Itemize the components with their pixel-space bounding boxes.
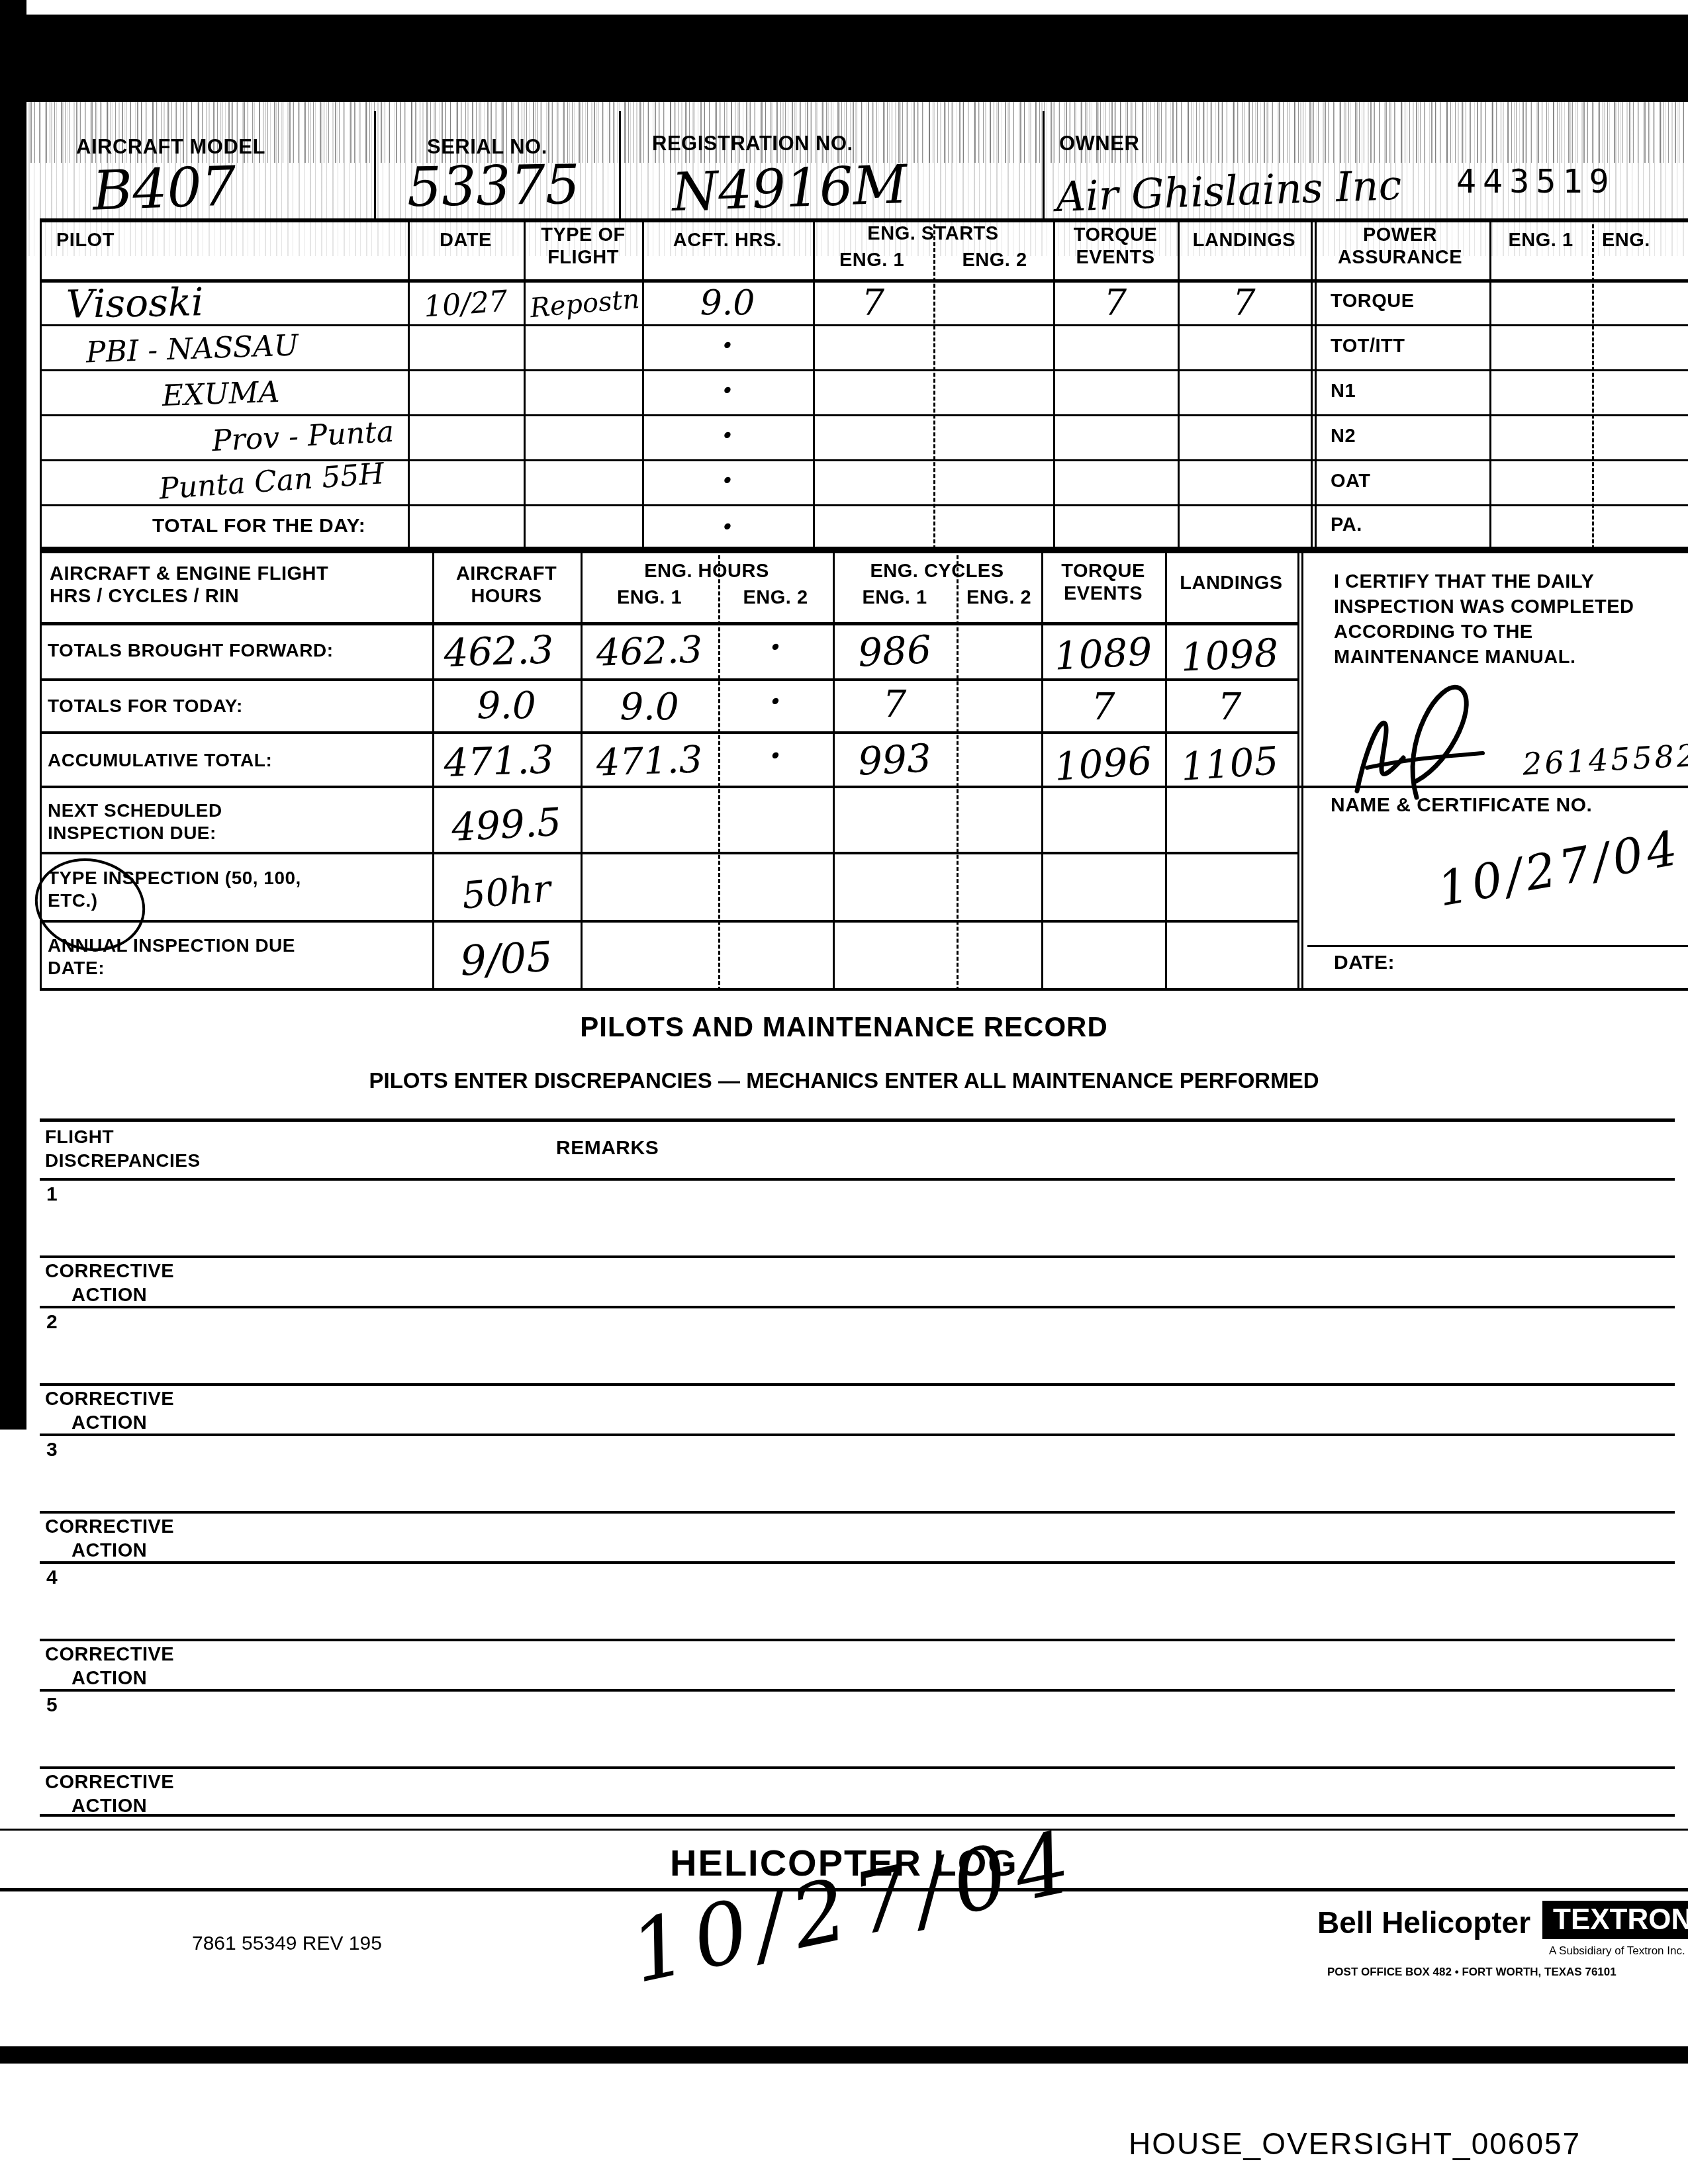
tbf-eng-hours-1: 462.3 bbox=[580, 627, 719, 675]
eng-cycles-eng1-header: ENG. 1 bbox=[833, 586, 957, 609]
rule bbox=[1053, 218, 1055, 549]
acft-hrs-dot: · bbox=[642, 371, 813, 410]
form-number: 7861 55349 REV 195 bbox=[192, 1933, 382, 1955]
bates-number: HOUSE_OVERSIGHT_006057 bbox=[1129, 2126, 1581, 2161]
totals-main-header: AIRCRAFT & ENGINE FLIGHT HRS / CYCLES / … bbox=[50, 563, 334, 608]
rule bbox=[1489, 218, 1491, 549]
torque-events-header: TORQUE EVENTS bbox=[1046, 560, 1160, 605]
rule bbox=[40, 1255, 1675, 1258]
scanned-helicopter-log-page: AIRCRAFT MODEL SERIAL NO. REGISTRATION N… bbox=[0, 0, 1688, 2184]
route-entry: Punta Can 55H bbox=[158, 457, 385, 506]
type-of-flight-entry: Repostn bbox=[522, 283, 647, 324]
eng-starts-eng1-header: ENG. 1 bbox=[816, 249, 928, 271]
accumulative-total-label: ACCUMULATIVE TOTAL: bbox=[48, 749, 272, 772]
maintenance-title: PILOTS AND MAINTENANCE RECORD bbox=[0, 1011, 1688, 1043]
tbf-eng-cycles-1: 986 bbox=[831, 625, 957, 677]
rule bbox=[40, 1511, 1675, 1514]
acft-hrs-dot: · bbox=[642, 507, 813, 546]
date-label: DATE: bbox=[1334, 952, 1395, 974]
date-column-header: DATE bbox=[408, 229, 524, 251]
maintenance-subtitle: PILOTS ENTER DISCREPANCIES — MECHANICS E… bbox=[0, 1068, 1688, 1093]
tbf-landings: 1098 bbox=[1164, 629, 1295, 681]
eng-cycles-eng2-header: ENG. 2 bbox=[957, 586, 1041, 609]
header-divider bbox=[1043, 111, 1045, 218]
header-divider bbox=[374, 111, 376, 218]
power-assurance-column-header: POWER ASSURANCE bbox=[1334, 224, 1466, 269]
aircraft-hours-header: AIRCRAFT HOURS bbox=[432, 563, 581, 608]
discrepancy-number: 3 bbox=[46, 1439, 58, 1461]
rule bbox=[40, 1383, 1675, 1386]
serial-no-value: 53375 bbox=[406, 154, 580, 220]
eng-starts-eng2-header: ENG. 2 bbox=[940, 249, 1049, 271]
certificate-number: 261455821 bbox=[1522, 736, 1688, 782]
brand-address: POST OFFICE BOX 482 • FORT WORTH, TEXAS … bbox=[1327, 1966, 1617, 1979]
tft-eng-hours-1: 9.0 bbox=[581, 686, 718, 729]
totals-table: AIRCRAFT & ENGINE FLIGHT HRS / CYCLES / … bbox=[40, 549, 1688, 991]
landings-header: LANDINGS bbox=[1165, 572, 1297, 594]
rule bbox=[408, 218, 410, 549]
rule bbox=[524, 218, 526, 549]
rule bbox=[40, 1178, 1675, 1181]
totals-brought-forward-label: TOTALS BROUGHT FORWARD: bbox=[48, 639, 333, 662]
document-stamp-number: 443519 bbox=[1456, 162, 1616, 201]
rule bbox=[1307, 945, 1688, 947]
rule bbox=[40, 414, 1688, 416]
eng-starts-column-header: ENG. STARTS bbox=[813, 222, 1053, 245]
route-entry: Prov - Punta bbox=[211, 415, 395, 458]
tbf-eng-hours-2-dot: · bbox=[718, 627, 833, 666]
certification-date-handwritten: 10/27/04 bbox=[1434, 819, 1685, 917]
discrepancy-number: 5 bbox=[46, 1694, 58, 1717]
pilot-name-entry: Visoski bbox=[66, 279, 204, 327]
tft-landings: 7 bbox=[1165, 686, 1294, 729]
certification-statement: I CERTIFY THAT THE DAILY INSPECTION WAS … bbox=[1334, 569, 1665, 670]
rule bbox=[40, 678, 1297, 681]
flight-discrepancies-header: FLIGHT DISCREPANCIES bbox=[45, 1125, 204, 1173]
rule bbox=[40, 731, 1297, 734]
rule bbox=[1178, 218, 1180, 549]
aircraft-model-value: B407 bbox=[91, 155, 237, 223]
rule bbox=[40, 218, 42, 549]
pa-eng2-column-header: ENG. bbox=[1602, 229, 1650, 251]
acc-landings: 1105 bbox=[1164, 737, 1295, 790]
acc-eng-cycles-1: 993 bbox=[831, 734, 957, 786]
rule bbox=[40, 1814, 1675, 1817]
rule bbox=[40, 549, 42, 991]
brand-subsidiary: A Subsidiary of Textron Inc. bbox=[1549, 1944, 1685, 1958]
rule bbox=[40, 549, 1688, 553]
rule bbox=[40, 1689, 1675, 1692]
power-row-n1: N1 bbox=[1331, 380, 1356, 402]
type-of-flight-column-header: TYPE OF FLIGHT bbox=[527, 224, 639, 269]
corrective-action-label: CORRECTIVE ACTION bbox=[71, 1643, 237, 1690]
rule-double bbox=[1311, 218, 1317, 549]
rule bbox=[40, 1433, 1675, 1436]
eng-starts-entry: 7 bbox=[813, 282, 933, 324]
discrepancy-number: 1 bbox=[46, 1183, 58, 1206]
rule bbox=[40, 369, 1688, 371]
route-entry: PBI - NASSAU bbox=[85, 328, 299, 369]
power-row-n2: N2 bbox=[1331, 425, 1356, 447]
flight-log-table: PILOT DATE TYPE OF FLIGHT ACFT. HRS. ENG… bbox=[40, 218, 1688, 549]
tft-eng-cycles-1: 7 bbox=[833, 683, 957, 726]
acft-hrs-entry: 9.0 bbox=[642, 283, 813, 323]
brand-textron-box: TEXTRON bbox=[1542, 1901, 1688, 1939]
discrepancy-number: 4 bbox=[46, 1567, 58, 1589]
registration-no-value: N4916M bbox=[671, 154, 908, 223]
eng-cycles-header: ENG. CYCLES bbox=[833, 560, 1041, 582]
rule bbox=[40, 1561, 1675, 1564]
rule bbox=[40, 324, 1688, 326]
tft-aircraft-hours: 9.0 bbox=[432, 684, 581, 727]
power-row-tot-itt: TOT/ITT bbox=[1331, 335, 1405, 357]
rule bbox=[40, 1639, 1675, 1641]
landings-entry: 7 bbox=[1178, 282, 1311, 324]
type-inspection-value: 50hr bbox=[431, 864, 583, 920]
rule bbox=[0, 1829, 1688, 1831]
total-for-day-label: TOTAL FOR THE DAY: bbox=[152, 515, 365, 537]
corrective-action-label: CORRECTIVE ACTION bbox=[71, 1515, 237, 1563]
remarks-header: REMARKS bbox=[556, 1137, 659, 1160]
header-divider bbox=[619, 111, 621, 218]
aircraft-model-label: AIRCRAFT MODEL bbox=[76, 136, 265, 158]
route-entry: EXUMA bbox=[162, 375, 280, 413]
rule bbox=[40, 459, 1688, 461]
acft-hrs-dot: · bbox=[642, 416, 813, 455]
annual-inspection-value: 9/05 bbox=[431, 931, 582, 987]
rule bbox=[40, 1766, 1675, 1769]
brand-name: Bell Helicopter bbox=[1317, 1905, 1530, 1940]
rule bbox=[40, 920, 1297, 923]
name-certificate-label: NAME & CERTIFICATE NO. bbox=[1331, 794, 1592, 817]
tft-eng-hours-2-dot: · bbox=[718, 682, 833, 721]
acft-hrs-dot: · bbox=[642, 326, 813, 365]
rule bbox=[40, 852, 1297, 854]
tbf-aircraft-hours: 462.3 bbox=[416, 626, 581, 677]
next-inspection-value: 499.5 bbox=[431, 798, 581, 851]
acc-eng-hours-1: 471.3 bbox=[580, 737, 719, 785]
pa-eng1-column-header: ENG. 1 bbox=[1493, 229, 1589, 251]
signature bbox=[1340, 668, 1546, 801]
acft-hrs-column-header: ACFT. HRS. bbox=[642, 229, 813, 251]
eng-hours-eng2-header: ENG. 2 bbox=[718, 586, 833, 609]
corrective-action-label: CORRECTIVE ACTION bbox=[71, 1259, 237, 1307]
power-row-oat: OAT bbox=[1331, 470, 1371, 492]
footer-handwritten-date: 10/27/04 bbox=[622, 1811, 1088, 2003]
scan-left-band bbox=[0, 0, 26, 1430]
owner-label: OWNER bbox=[1059, 132, 1139, 155]
power-row-pa: PA. bbox=[1331, 514, 1362, 536]
rule bbox=[40, 622, 1297, 625]
eng-hours-header: ENG. HOURS bbox=[581, 560, 833, 582]
rule-dashed bbox=[933, 218, 935, 549]
torque-events-entry: 7 bbox=[1053, 282, 1178, 324]
acc-aircraft-hours: 471.3 bbox=[416, 736, 581, 787]
totals-for-today-label: TOTALS FOR TODAY: bbox=[48, 695, 243, 717]
rule-double bbox=[1297, 549, 1303, 991]
scan-bottom-band bbox=[0, 2046, 1688, 2064]
corrective-action-label: CORRECTIVE ACTION bbox=[71, 1770, 237, 1818]
scan-top-band bbox=[0, 15, 1688, 102]
rule bbox=[813, 218, 815, 549]
torque-events-column-header: TORQUE EVENTS bbox=[1062, 224, 1168, 269]
discrepancies-table: FLIGHT DISCREPANCIES REMARKS 1 CORRECTIV… bbox=[40, 1118, 1675, 1817]
registration-no-label: REGISTRATION NO. bbox=[652, 132, 853, 155]
date-entry: 10/27 bbox=[406, 283, 524, 325]
acc-eng-hours-2-dot: · bbox=[718, 736, 833, 775]
rule-dashed bbox=[1592, 218, 1594, 549]
tbf-torque-events: 1089 bbox=[1040, 628, 1166, 680]
rule bbox=[40, 988, 1688, 991]
next-inspection-label: NEXT SCHEDULED INSPECTION DUE: bbox=[48, 799, 326, 844]
power-row-torque: TORQUE bbox=[1331, 290, 1415, 312]
rule bbox=[40, 504, 1688, 506]
tft-torque-events: 7 bbox=[1041, 686, 1165, 729]
landings-column-header: LANDINGS bbox=[1178, 229, 1311, 251]
rule bbox=[40, 1118, 1675, 1122]
corrective-action-label: CORRECTIVE ACTION bbox=[71, 1387, 237, 1435]
discrepancy-number: 2 bbox=[46, 1311, 58, 1334]
acft-hrs-dot: · bbox=[642, 461, 813, 500]
acc-torque-events: 1096 bbox=[1040, 737, 1166, 791]
rule bbox=[40, 1306, 1675, 1308]
eng-hours-eng1-header: ENG. 1 bbox=[581, 586, 718, 609]
pilot-column-header: PILOT bbox=[56, 229, 115, 251]
